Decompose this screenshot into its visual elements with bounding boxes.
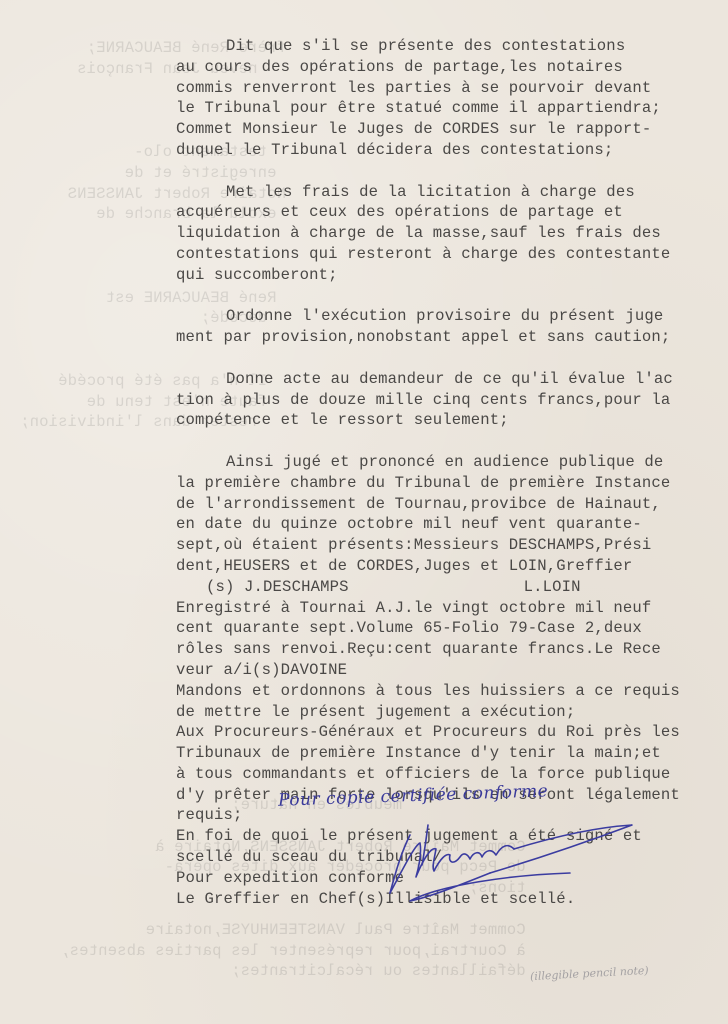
paragraph-gap: [176, 348, 728, 369]
text-line: tion à plus de douze mille cinq cents fr…: [176, 390, 728, 411]
text-line: acquéreurs et ceux des opérations de par…: [176, 202, 728, 223]
paragraph-gap: [176, 431, 728, 452]
text-line: sept,où étaient présents:Messieurs DESCH…: [176, 535, 728, 556]
paragraph-gap: [176, 286, 728, 307]
text-line: de l'arrondissement de Tournau,provibce …: [176, 494, 728, 515]
text-line: Enregistré à Tournai A.J.le vingt octobr…: [176, 598, 728, 619]
text-line: qui succomberont;: [176, 265, 728, 286]
text-line: Ordonne l'exécution provisoire du présen…: [176, 306, 728, 327]
text-line: de mettre le présent jugement a exécutio…: [176, 702, 728, 723]
signature-deschamps: (s) J.DESCHAMPS: [206, 578, 349, 596]
text-line: Met les frais de la licitation à charge …: [176, 182, 728, 203]
text-line: cent quarante sept.Volume 65-Folio 79-Ca…: [176, 618, 728, 639]
text-line: contestations qui resteront à charge des…: [176, 244, 728, 265]
signature-loin: L.LOIN: [524, 578, 581, 596]
text-line: Dit que s'il se présente des contestatio…: [176, 36, 728, 57]
paragraph-gap: [176, 161, 728, 182]
text-line: compétence et le ressort seulement;: [176, 410, 728, 431]
text-line: rôles sans renvoi.Reçu:cent quarante fra…: [176, 639, 728, 660]
text-line: Ainsi jugé et prononcé en audience publi…: [176, 452, 728, 473]
text-line: ment par provision,nonobstant appel et s…: [176, 327, 728, 348]
text-line: Commet Monsieur le Juges de CORDES sur l…: [176, 119, 728, 140]
text-line: au cours des opérations de partage,les n…: [176, 57, 728, 78]
text-line: veur a/i(s)DAVOINE: [176, 660, 728, 681]
text-line: le Tribunal pour être statué comme il ap…: [176, 98, 728, 119]
text-line: Donne acte au demandeur de ce qu'il éval…: [176, 369, 728, 390]
text-line: Tribunaux de première Instance d'y tenir…: [176, 743, 728, 764]
signatures-line: (s) J.DESCHAMPSL.LOIN: [176, 577, 728, 598]
text-line: à tous commandants et officiers de la fo…: [176, 764, 728, 785]
text-line: la première chambre du Tribunal de premi…: [176, 473, 728, 494]
typed-body: Dit que s'il se présente des contestatio…: [176, 36, 728, 909]
document-page: frère René BEAUCARNE; neveu Jean Françoi…: [0, 0, 728, 1024]
handwritten-signature: [370, 815, 670, 905]
text-line: commis renverront les parties à se pourv…: [176, 78, 728, 99]
text-line: en date du quinze octobre mil neuf vent …: [176, 514, 728, 535]
text-line: Aux Procureurs-Généraux et Procureurs du…: [176, 722, 728, 743]
text-line: duquel le Tribunal décidera des contesta…: [176, 140, 728, 161]
text-line: Mandons et ordonnons à tous les huissier…: [176, 681, 728, 702]
text-line: liquidation à charge de la masse,sauf le…: [176, 223, 728, 244]
text-line: dent,HEUSERS et de CORDES,Juges et LOIN,…: [176, 556, 728, 577]
